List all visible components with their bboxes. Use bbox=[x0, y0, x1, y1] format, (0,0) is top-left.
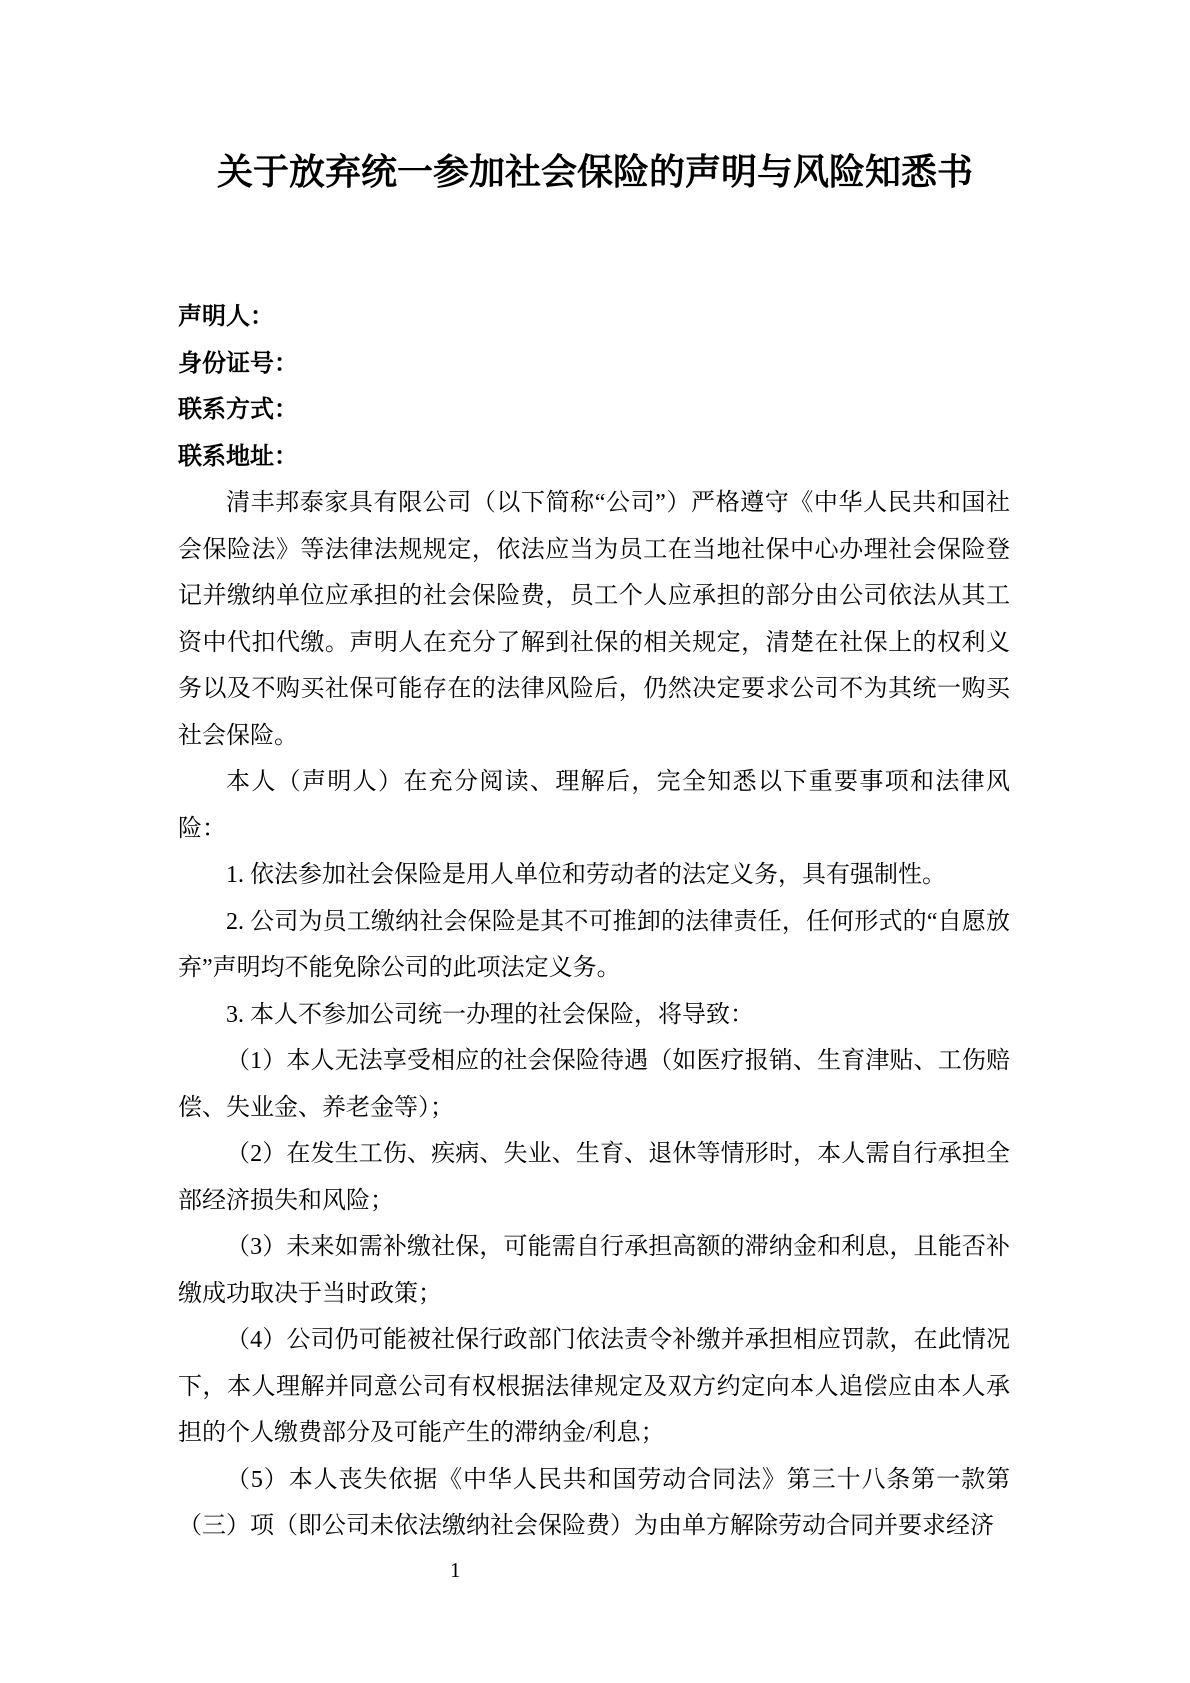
body-item-1: 1. 依法参加社会保险是用人单位和劳动者的法定义务，具有强制性。 bbox=[178, 852, 1010, 899]
body-subitem-1: （1）本人无法享受相应的社会保险待遇（如医疗报销、生育津贴、工伤赔偿、失业金、养… bbox=[178, 1038, 1010, 1131]
field-id-number-label: 身份证号： bbox=[178, 341, 1010, 388]
document-title: 关于放弃统一参加社会保险的声明与风险知悉书 bbox=[178, 146, 1012, 198]
document-body: 声明人： 身份证号： 联系方式： 联系地址： 清丰邦泰家具有限公司（以下简称“公… bbox=[178, 294, 1010, 1550]
body-subitem-4: （4）公司仍可能被社保行政部门依法责令补缴并承担相应罚款，在此情况下，本人理解并… bbox=[178, 1317, 1010, 1457]
field-declarant-label: 声明人： bbox=[178, 294, 1010, 341]
page-number: 1 bbox=[450, 1556, 461, 1584]
field-address-label: 联系地址： bbox=[178, 434, 1010, 481]
body-paragraph-acknowledgment: 本人（声明人）在充分阅读、理解后，完全知悉以下重要事项和法律风险： bbox=[178, 759, 1010, 852]
body-subitem-2: （2）在发生工伤、疾病、失业、生育、退休等情形时，本人需自行承担全部经济损失和风… bbox=[178, 1131, 1010, 1224]
body-item-2: 2. 公司为员工缴纳社会保险是其不可推卸的法律责任，任何形式的“自愿放弃”声明均… bbox=[178, 899, 1010, 992]
body-paragraph-intro: 清丰邦泰家具有限公司（以下简称“公司”）严格遵守《中华人民共和国社会保险法》等法… bbox=[178, 480, 1010, 759]
body-subitem-3: （3）未来如需补缴社保，可能需自行承担高额的滞纳金和利息，且能否补缴成功取决于当… bbox=[178, 1224, 1010, 1317]
field-contact-label: 联系方式： bbox=[178, 387, 1010, 434]
body-item-3: 3. 本人不参加公司统一办理的社会保险，将导致： bbox=[178, 992, 1010, 1039]
body-subitem-5: （5）本人丧失依据《中华人民共和国劳动合同法》第三十八条第一款第（三）项（即公司… bbox=[178, 1457, 1010, 1550]
document-page: 关于放弃统一参加社会保险的声明与风险知悉书 声明人： 身份证号： 联系方式： 联… bbox=[0, 0, 1190, 1683]
